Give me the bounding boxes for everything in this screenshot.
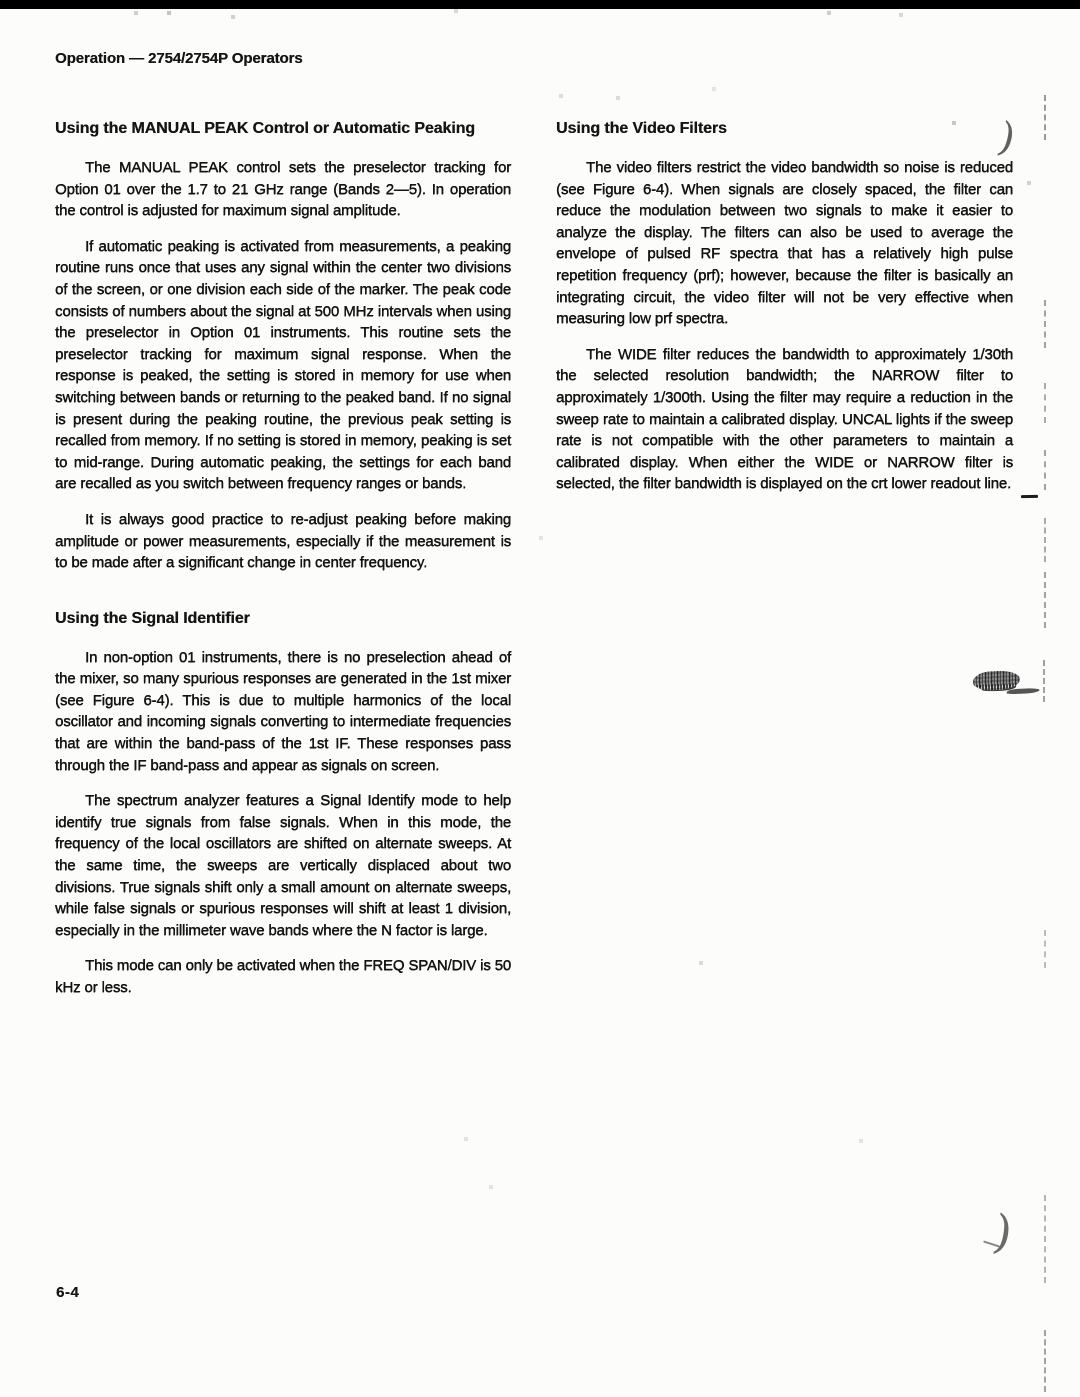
section-heading-manual-peak: Using the MANUAL PEAK Control or Automat… (55, 118, 511, 140)
scan-edge-dots (1044, 300, 1046, 348)
scan-edge-dots (1044, 95, 1046, 140)
scan-edge-dots (1044, 1330, 1046, 1392)
right-column: Using the Video Filters The video filter… (556, 118, 1013, 509)
scan-edge-dots (1044, 450, 1046, 490)
paragraph: The spectrum analyzer features a Signal … (55, 790, 511, 941)
left-column: Using the MANUAL PEAK Control or Automat… (55, 118, 511, 1013)
page-number: 6-4 (56, 1284, 79, 1301)
scan-speckle-noise (0, 0, 2, 2)
scan-edge-dots (1043, 660, 1045, 702)
paragraph: This mode can only be activated when the… (55, 955, 511, 998)
running-header: Operation — 2754/2754P Operators (55, 50, 302, 67)
paragraph: It is always good practice to re-adjust … (55, 509, 511, 574)
section-heading-signal-identifier: Using the Signal Identifier (55, 608, 511, 630)
section-video-filters: Using the Video Filters The video filter… (556, 118, 1013, 495)
scan-edge-dots (1044, 383, 1046, 423)
section-heading-video-filters: Using the Video Filters (556, 118, 1013, 140)
section-signal-identifier: Using the Signal Identifier In non-optio… (55, 608, 511, 999)
paragraph: The MANUAL PEAK control sets the presele… (55, 157, 511, 222)
section-manual-peak: Using the MANUAL PEAK Control or Automat… (55, 118, 511, 574)
scan-mark-paren-bottom: ) (989, 1204, 1016, 1260)
scan-edge-dots (1044, 1195, 1046, 1283)
paragraph: The WIDE filter reduces the bandwidth to… (556, 344, 1013, 495)
scan-smudge-scribble (973, 670, 1021, 691)
paragraph: The video filters restrict the video ban… (556, 157, 1013, 330)
paragraph: In non-option 01 instruments, there is n… (55, 647, 511, 777)
scan-edge-dots (1044, 518, 1046, 562)
paragraph: If automatic peaking is activated from m… (55, 236, 511, 495)
scan-edge-bar (0, 0, 1080, 9)
scan-edge-dots (1044, 930, 1046, 968)
scan-edge-dots (1044, 572, 1046, 628)
manual-page: Operation — 2754/2754P Operators Using t… (0, 0, 1080, 1397)
scan-mark-dash (1021, 495, 1038, 498)
